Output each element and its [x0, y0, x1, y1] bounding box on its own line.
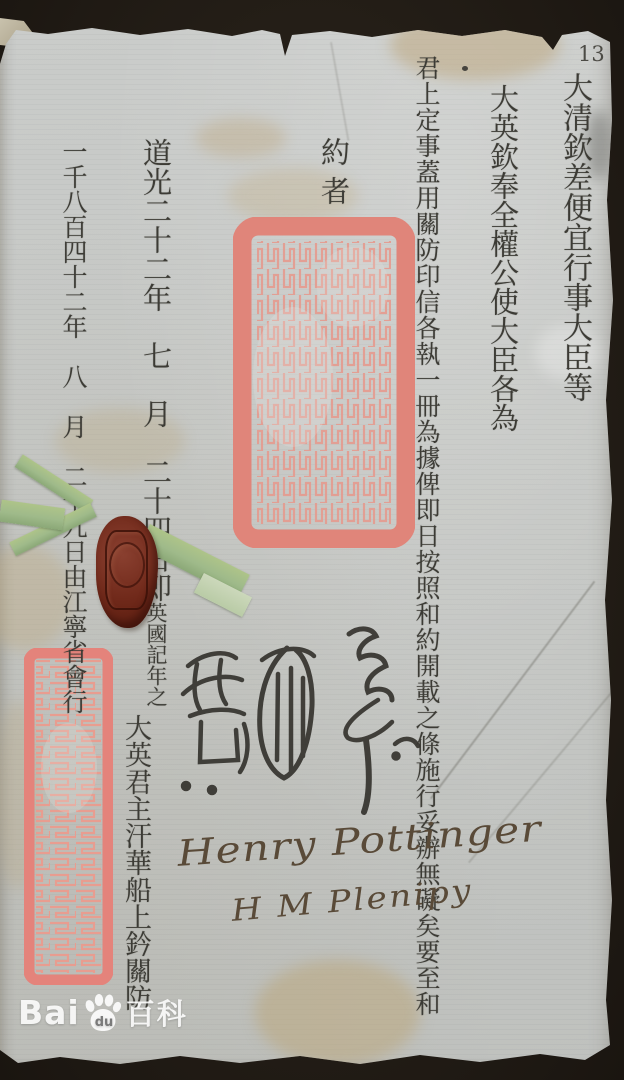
baidu-paw-icon: du: [82, 993, 124, 1033]
western-calendar-note: 英國記年之: [144, 602, 168, 707]
baidu-watermark: Bai du 百科: [18, 992, 188, 1033]
chinese-signature-3: [183, 653, 247, 793]
photo-background: 大清欽差便宜行事大臣等 大英欽奉全權公使大臣各為 君上定事蓋用關防印信各執一冊為…: [0, 0, 624, 1080]
page-number: 13: [578, 42, 605, 66]
imperial-seal: [233, 217, 415, 548]
chinese-signature-2: [260, 648, 314, 778]
treaty-page: 大清欽差便宜行事大臣等 大英欽奉全權公使大臣各為 君上定事蓋用關防印信各執一冊為…: [0, 0, 624, 1080]
column-british-plenipotentiary: 大英欽奉全權公使大臣各為: [488, 84, 517, 432]
column-treaty-closing: 約者: [319, 137, 348, 215]
pottinger-signature: Henry Pottinger: [176, 809, 543, 875]
column-daoguang-date: 道光二十二年 七 月 二十四日即英國記年之: [141, 138, 170, 707]
watermark-bai-text: Bai: [18, 993, 80, 1032]
column-british-ship-seal: 大英君主汗華船上鈐關防: [122, 714, 149, 1011]
chinese-signature-1: [346, 629, 418, 812]
watermark-du-text: du: [95, 1015, 114, 1030]
column-sovereign-seal-clause: 君上定事蓋用關防印信各執一冊為據俾即日按照和約開載之條施行妥辦無礙矣要至和: [414, 55, 439, 1017]
column-qing-commissioner: 大清欽差便宜行事大臣等: [559, 72, 589, 402]
watermark-baike-text: 百科: [126, 992, 188, 1033]
column-western-date: 一千八百四十二年 八 月 二十九日由江寧省會行: [61, 139, 86, 714]
